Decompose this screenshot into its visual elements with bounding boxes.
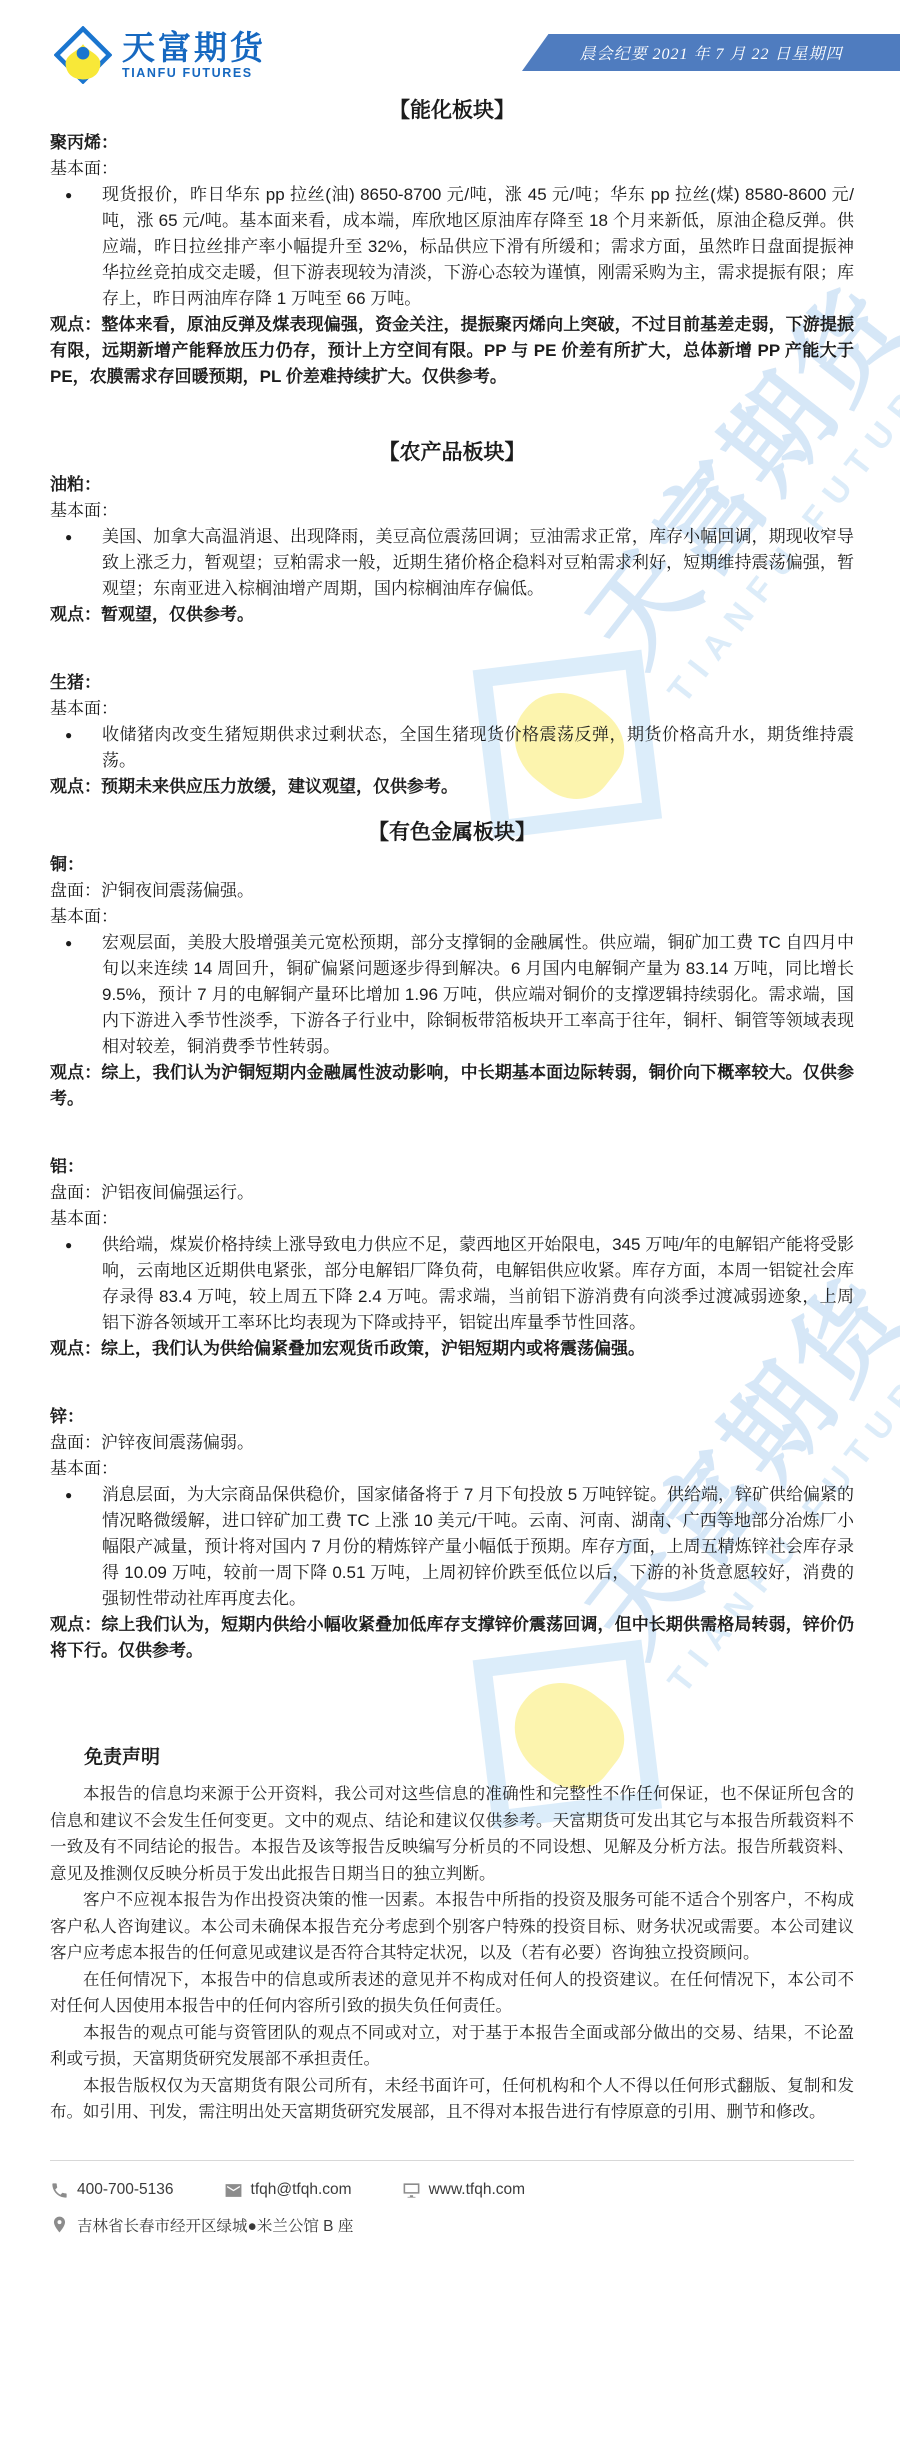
monitor-icon [402, 2181, 421, 2200]
footer-address: 吉林省长春市经开区绿城●米兰公馆 B 座 [50, 2214, 353, 2236]
bullet-text: 消息层面，为大宗商品保供稳价，国家储备将于 7 月下旬投放 5 万吨锌锭。供给端… [102, 1482, 854, 1612]
fundamentals-label: 基本面： [50, 498, 854, 524]
report-body: 【能化板块】 聚丙烯： 基本面： ● 现货报价，昨日华东 pp 拉丝(油) 86… [0, 98, 900, 1664]
bullet-text: 现货报价，昨日华东 pp 拉丝(油) 8650-8700 元/吨，涨 45 元/… [102, 182, 854, 312]
report-title-banner: 晨会纪要 2021 年 7 月 22 日星期四 [522, 34, 900, 71]
commodity-aluminum: 铝： 盘面：沪铝夜间偏强运行。 基本面： ● 供给端，煤炭价格持续上涨导致电力供… [50, 1154, 854, 1362]
section-energy-chemical: 【能化板块】 聚丙烯： 基本面： ● 现货报价，昨日华东 pp 拉丝(油) 86… [50, 98, 854, 390]
fundamentals-bullet: ● 美国、加拿大高温消退、出现降雨，美豆高位震荡回调；豆油需求正常，库存小幅回调… [50, 524, 854, 602]
footer-phone-number: 400-700-5136 [77, 2181, 174, 2199]
bullet-text: 收储猪肉改变生猪短期供求过剩状态，全国生猪现货价格震荡反弹，期货价格高升水，期货… [102, 722, 854, 774]
section-nonferrous-metals: 【有色金属板块】 铜： 盘面：沪铜夜间震荡偏强。 基本面： ● 宏观层面，美股大… [50, 820, 854, 1664]
fundamentals-bullet: ● 宏观层面，美股大股增强美元宽松预期，部分支撑铜的金融属性。供应端，铜矿加工费… [50, 930, 854, 1060]
envelope-icon [224, 2181, 243, 2200]
viewpoint-text: 观点：综上我们认为，短期内供给小幅收紧叠加低库存支撑锌价震荡回调，但中长期供需格… [50, 1612, 854, 1664]
board-summary: 盘面：沪锌夜间震荡偏弱。 [50, 1430, 854, 1456]
commodity-name: 铝： [50, 1154, 854, 1180]
disclaimer-paragraph: 本报告的观点可能与资管团队的观点不同或对立，对于基于本报告全面或部分做出的交易、… [50, 2020, 854, 2073]
section-agricultural: 【农产品板块】 油粕： 基本面： ● 美国、加拿大高温消退、出现降雨，美豆高位震… [50, 440, 854, 800]
commodity-name: 生猪： [50, 670, 854, 696]
disclaimer-paragraph: 客户不应视本报告为作出投资决策的惟一因素。本报告中所指的投资及服务可能不适合个别… [50, 1887, 854, 1967]
footer-phone: 400-700-5136 [50, 2181, 174, 2200]
viewpoint-text: 观点：综上，我们认为沪铜短期内金融属性波动影响，中长期基本面边际转弱，铜价向下概… [50, 1060, 854, 1112]
fundamentals-label: 基本面： [50, 696, 854, 722]
report-title-date: 晨会纪要 2021 年 7 月 22 日星期四 [579, 41, 842, 64]
fundamentals-bullet: ● 消息层面，为大宗商品保供稳价，国家储备将于 7 月下旬投放 5 万吨锌锭。供… [50, 1482, 854, 1612]
viewpoint-text: 观点：整体来看，原油反弹及煤表现偏强，资金关注，提振聚丙烯向上突破，不过目前基差… [50, 312, 854, 390]
report-header: 天富期货 TIANFU FUTURES 晨会纪要 2021 年 7 月 22 日… [0, 0, 900, 94]
commodity-name: 锌： [50, 1404, 854, 1430]
board-summary: 盘面：沪铝夜间偏强运行。 [50, 1180, 854, 1206]
footer-website[interactable]: www.tfqh.com [402, 2181, 525, 2200]
commodity-polypropylene: 聚丙烯： 基本面： ● 现货报价，昨日华东 pp 拉丝(油) 8650-8700… [50, 130, 854, 390]
bullet-icon: ● [50, 930, 102, 1060]
commodity-name: 铜： [50, 852, 854, 878]
commodity-zinc: 锌： 盘面：沪锌夜间震荡偏弱。 基本面： ● 消息层面，为大宗商品保供稳价，国家… [50, 1404, 854, 1664]
logo-en-text: TIANFU FUTURES [122, 66, 266, 80]
viewpoint-text: 观点：综上，我们认为供给偏紧叠加宏观货币政策，沪铝短期内或将震荡偏强。 [50, 1336, 854, 1362]
logo-diamond-icon [54, 26, 112, 84]
fundamentals-bullet: ● 现货报价，昨日华东 pp 拉丝(油) 8650-8700 元/吨，涨 45 … [50, 182, 854, 312]
fundamentals-bullet: ● 供给端，煤炭价格持续上涨导致电力供应不足，蒙西地区开始限电，345 万吨/年… [50, 1232, 854, 1336]
bullet-icon: ● [50, 182, 102, 312]
disclaimer-title: 免责声明 [84, 1742, 854, 1769]
location-pin-icon [50, 2215, 69, 2234]
disclaimer-paragraph: 本报告版权仅为天富期货有限公司所有，未经书面许可，任何机构和个人不得以任何形式翻… [50, 2073, 854, 2126]
fundamentals-label: 基本面： [50, 1456, 854, 1482]
bullet-icon: ● [50, 1482, 102, 1612]
section-title: 【有色金属板块】 [50, 820, 854, 846]
fundamentals-label: 基本面： [50, 1206, 854, 1232]
bullet-text: 供给端，煤炭价格持续上涨导致电力供应不足，蒙西地区开始限电，345 万吨/年的电… [102, 1232, 854, 1336]
disclaimer-paragraph: 在任何情况下，本报告中的信息或所表述的意见并不构成对任何人的投资建议。在任何情况… [50, 1967, 854, 2020]
bullet-icon: ● [50, 524, 102, 602]
section-title: 【农产品板块】 [50, 440, 854, 466]
commodity-name: 油粕： [50, 472, 854, 498]
commodity-oil-meal: 油粕： 基本面： ● 美国、加拿大高温消退、出现降雨，美豆高位震荡回调；豆油需求… [50, 472, 854, 628]
bullet-icon: ● [50, 1232, 102, 1336]
fundamentals-bullet: ● 收储猪肉改变生猪短期供求过剩状态，全国生猪现货价格震荡反弹，期货价格高升水，… [50, 722, 854, 774]
footer-address-text: 吉林省长春市经开区绿城●米兰公馆 B 座 [77, 2214, 353, 2236]
footer-website-url: www.tfqh.com [429, 2181, 525, 2199]
fundamentals-label: 基本面： [50, 904, 854, 930]
viewpoint-text: 观点：预期未来供应压力放缓，建议观望，仅供参考。 [50, 774, 854, 800]
logo-cn-text: 天富期货 [122, 30, 266, 66]
commodity-name: 聚丙烯： [50, 130, 854, 156]
section-title: 【能化板块】 [50, 98, 854, 124]
commodity-copper: 铜： 盘面：沪铜夜间震荡偏强。 基本面： ● 宏观层面，美股大股增强美元宽松预期… [50, 852, 854, 1112]
bullet-text: 美国、加拿大高温消退、出现降雨，美豆高位震荡回调；豆油需求正常，库存小幅回调，期… [102, 524, 854, 602]
commodity-live-hog: 生猪： 基本面： ● 收储猪肉改变生猪短期供求过剩状态，全国生猪现货价格震荡反弹… [50, 670, 854, 800]
disclaimer-section: 免责声明 本报告的信息均来源于公开资料，我公司对这些信息的准确性和完整性不作任何… [0, 1742, 900, 2126]
bullet-icon: ● [50, 722, 102, 774]
disclaimer-paragraph: 本报告的信息均来源于公开资料，我公司对这些信息的准确性和完整性不作任何保证，也不… [50, 1781, 854, 1887]
report-footer: 400-700-5136 tfqh@tfqh.com www.tfqh.com [50, 2160, 854, 2236]
footer-email[interactable]: tfqh@tfqh.com [224, 2181, 352, 2200]
footer-email-address: tfqh@tfqh.com [251, 2181, 352, 2199]
fundamentals-label: 基本面： [50, 156, 854, 182]
report-page: 天富期货 TIANFU FUTURES 天富期货 TIANFU FUTURES [0, 0, 900, 2462]
company-logo: 天富期货 TIANFU FUTURES [54, 26, 266, 84]
bullet-text: 宏观层面，美股大股增强美元宽松预期，部分支撑铜的金融属性。供应端，铜矿加工费 T… [102, 930, 854, 1060]
viewpoint-text: 观点：暂观望，仅供参考。 [50, 602, 854, 628]
board-summary: 盘面：沪铜夜间震荡偏强。 [50, 878, 854, 904]
phone-icon [50, 2181, 69, 2200]
